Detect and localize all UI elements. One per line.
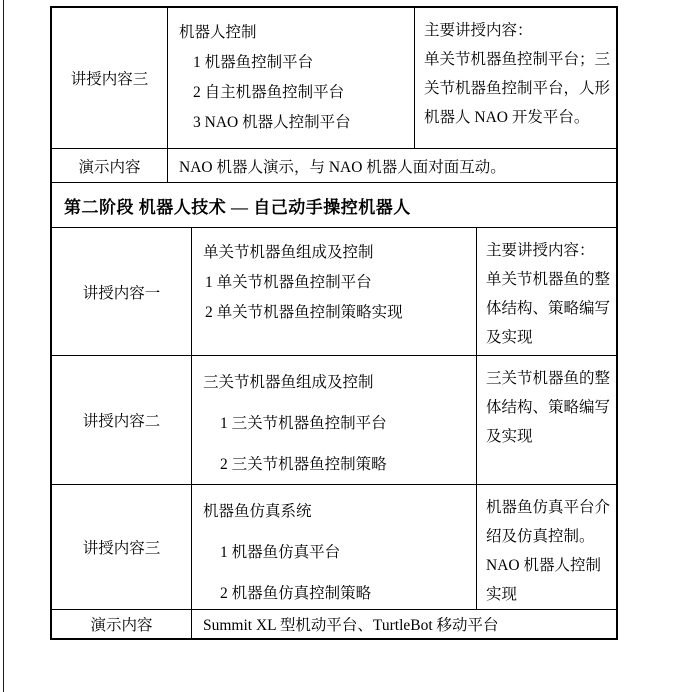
page-margin-line	[3, 0, 4, 692]
row-label-cell: 讲授内容三	[52, 485, 192, 609]
document-page: 讲授内容三 机器人控制 1 机器鱼控制平台 2 自主机器鱼控制平台 3 NAO …	[0, 0, 693, 692]
stage2-header-cell: 第二阶段 机器人技术 — 自己动手操控机器人	[52, 183, 616, 227]
content-item: 3 NAO 机器人控制平台	[179, 108, 408, 138]
content-title: 机器鱼仿真系统	[203, 491, 470, 532]
notes-cell: 三关节机器鱼的整 体结构、策略编写 及实现	[477, 356, 616, 484]
notes-line: 三关节机器鱼的整	[486, 364, 612, 393]
row-label: 讲授内容三	[71, 67, 149, 89]
content-item: 1 三关节机器鱼控制平台	[203, 403, 470, 444]
content-item: 2 三关节机器鱼控制策略	[203, 444, 470, 484]
table-row-teach-content-1: 讲授内容一 单关节机器鱼组成及控制 1 单关节机器鱼控制平台 2 单关节机器鱼控…	[52, 228, 616, 356]
notes-line: 机器鱼仿真平台介	[486, 493, 612, 522]
table-row-demo-content-stage1: 演示内容 NAO 机器人演示，与 NAO 机器人面对面互动。	[52, 149, 616, 183]
notes-line: 机器人 NAO 开发平台。	[424, 103, 612, 132]
notes-line: 单关节机器鱼控制平台；三	[424, 45, 612, 74]
content-cell: 机器人控制 1 机器鱼控制平台 2 自主机器鱼控制平台 3 NAO 机器人控制平…	[168, 8, 415, 148]
content-cell: 三关节机器鱼组成及控制 1 三关节机器鱼控制平台 2 三关节机器鱼控制策略	[192, 356, 477, 484]
content-item: 2 自主机器鱼控制平台	[179, 78, 408, 108]
notes-line: 体结构、策略编写	[486, 393, 612, 422]
notes-cell: 主要讲授内容： 单关节机器鱼控制平台；三 关节机器鱼控制平台，人形 机器人 NA…	[415, 8, 616, 148]
content-cell: 机器鱼仿真系统 1 机器鱼仿真平台 2 机器鱼仿真控制策略	[192, 485, 477, 609]
content-item: 2 单关节机器鱼控制策略实现	[203, 298, 470, 328]
demo-content-cell: NAO 机器人演示，与 NAO 机器人面对面互动。	[168, 149, 616, 182]
content-item: 1 单关节机器鱼控制平台	[203, 268, 470, 298]
table-row-teach-content-2: 讲授内容二 三关节机器鱼组成及控制 1 三关节机器鱼控制平台 2 三关节机器鱼控…	[52, 356, 616, 485]
row-label-cell: 演示内容	[52, 610, 192, 638]
content-item: 1 机器鱼控制平台	[179, 48, 408, 78]
table-row-teach-content-3-stage1: 讲授内容三 机器人控制 1 机器鱼控制平台 2 自主机器鱼控制平台 3 NAO …	[52, 8, 616, 149]
demo-content-cell: Summit XL 型机动平台、TurtleBot 移动平台	[192, 610, 616, 638]
notes-line: 单关节机器鱼的整	[486, 265, 612, 294]
notes-cell: 机器鱼仿真平台介 绍及仿真控制。 NAO 机器人控制 实现	[477, 485, 616, 609]
table-row-stage2-header: 第二阶段 机器人技术 — 自己动手操控机器人	[52, 183, 616, 228]
content-title: 三关节机器鱼组成及控制	[203, 362, 470, 403]
row-label: 讲授内容三	[83, 536, 161, 558]
row-label: 讲授内容一	[83, 281, 161, 303]
content-item: 2 机器鱼仿真控制策略	[203, 573, 470, 609]
notes-cell: 主要讲授内容： 单关节机器鱼的整 体结构、策略编写 及实现	[477, 228, 616, 355]
row-label: 演示内容	[90, 613, 152, 635]
row-label-cell: 讲授内容一	[52, 228, 192, 355]
notes-line: 主要讲授内容：	[424, 16, 612, 45]
notes-line: 体结构、策略编写	[486, 294, 612, 323]
table-row-demo-content-stage2: 演示内容 Summit XL 型机动平台、TurtleBot 移动平台	[52, 610, 616, 638]
stage2-header-text: 第二阶段 机器人技术 — 自己动手操控机器人	[64, 193, 411, 218]
row-label-cell: 讲授内容三	[52, 8, 168, 148]
demo-content-text: Summit XL 型机动平台、TurtleBot 移动平台	[203, 613, 499, 635]
row-label: 讲授内容二	[83, 409, 161, 431]
row-label-cell: 演示内容	[52, 149, 168, 182]
notes-line: 及实现	[486, 422, 612, 451]
notes-line: 实现	[486, 580, 612, 609]
notes-line: 主要讲授内容：	[486, 236, 612, 265]
demo-content-text: NAO 机器人演示，与 NAO 机器人面对面互动。	[179, 155, 506, 177]
course-schedule-table: 讲授内容三 机器人控制 1 机器鱼控制平台 2 自主机器鱼控制平台 3 NAO …	[50, 6, 618, 640]
row-label: 演示内容	[78, 155, 140, 177]
notes-line: 绍及仿真控制。	[486, 522, 612, 551]
content-item: 1 机器鱼仿真平台	[203, 532, 470, 573]
row-label-cell: 讲授内容二	[52, 356, 192, 484]
content-title: 机器人控制	[179, 18, 408, 48]
content-title: 单关节机器鱼组成及控制	[203, 238, 470, 268]
notes-line: NAO 机器人控制	[486, 551, 612, 580]
notes-line: 及实现	[486, 323, 612, 352]
notes-line: 关节机器鱼控制平台，人形	[424, 74, 612, 103]
table-row-teach-content-3-stage2: 讲授内容三 机器鱼仿真系统 1 机器鱼仿真平台 2 机器鱼仿真控制策略 机器鱼仿…	[52, 485, 616, 610]
content-cell: 单关节机器鱼组成及控制 1 单关节机器鱼控制平台 2 单关节机器鱼控制策略实现	[192, 228, 477, 355]
